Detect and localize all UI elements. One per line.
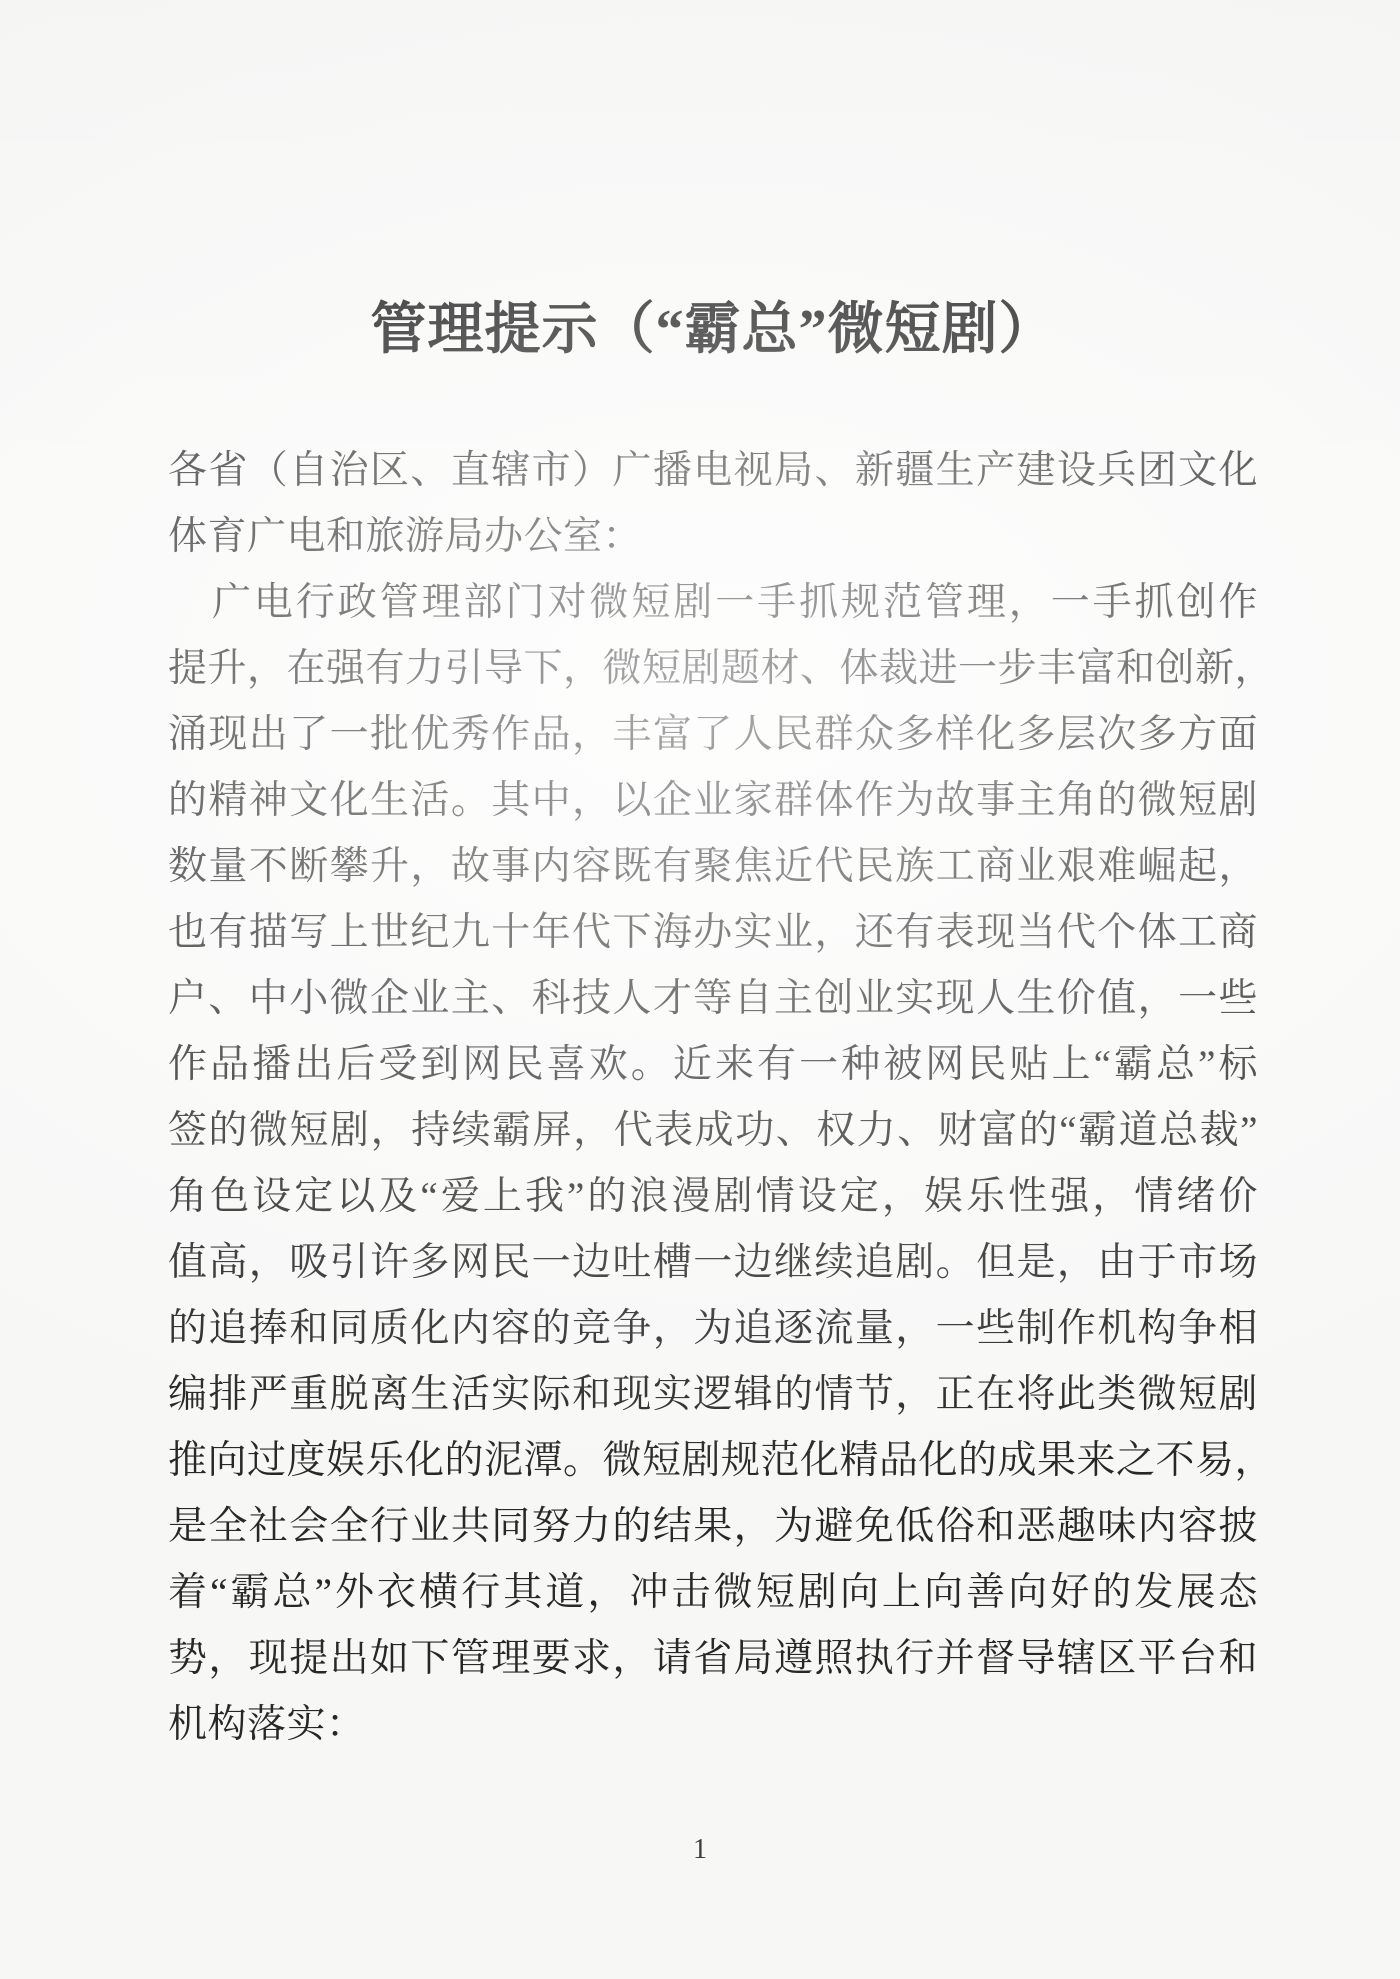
text-line: 的追捧和同质化内容的竞争，为追逐流量，一些制作机构争相 (168, 1296, 1258, 1362)
text-line: 作品播出后受到网民喜欢。近来有一种被网民贴上“霸总”标 (168, 1032, 1258, 1098)
text-line: 值高，吸引许多网民一边吐槽一边继续追剧。但是，由于市场 (168, 1230, 1258, 1296)
text-line: 推向过度娱乐化的泥潭。微短剧规范化精品化的成果来之不易， (168, 1428, 1258, 1494)
document-body: 各省（自治区、直辖市）广播电视局、新疆生产建设兵团文化体育广电和旅游局办公室：广… (168, 438, 1258, 1758)
text-line: 机构落实： (168, 1692, 1258, 1758)
text-line: 广电行政管理部门对微短剧一手抓规范管理，一手抓创作 (168, 570, 1258, 636)
text-line: 提升，在强有力引导下，微短剧题材、体裁进一步丰富和创新， (168, 636, 1258, 702)
text-line: 势，现提出如下管理要求，请省局遵照执行并督导辖区平台和 (168, 1626, 1258, 1692)
text-line: 涌现出了一批优秀作品，丰富了人民群众多样化多层次多方面 (168, 702, 1258, 768)
text-line: 着“霸总”外衣横行其道，冲击微短剧向上向善向好的发展态 (168, 1560, 1258, 1626)
text-line: 数量不断攀升，故事内容既有聚焦近代民族工商业艰难崛起， (168, 834, 1258, 900)
text-line: 编排严重脱离生活实际和现实逻辑的情节，正在将此类微短剧 (168, 1362, 1258, 1428)
text-line: 签的微短剧，持续霸屏，代表成功、权力、财富的“霸道总裁” (168, 1098, 1258, 1164)
page-number: 1 (0, 1834, 1400, 1866)
text-line: 是全社会全行业共同努力的结果，为避免低俗和恶趣味内容披 (168, 1494, 1258, 1560)
text-line: 户、中小微企业主、科技人才等自主创业实现人生价值，一些 (168, 966, 1258, 1032)
document-title: 管理提示（“霸总”微短剧） (168, 296, 1258, 364)
document-page: 管理提示（“霸总”微短剧） 各省（自治区、直辖市）广播电视局、新疆生产建设兵团文… (0, 0, 1400, 1979)
text-line: 也有描写上世纪九十年代下海办实业，还有表现当代个体工商 (168, 900, 1258, 966)
text-line: 角色设定以及“爱上我”的浪漫剧情设定，娱乐性强，情绪价 (168, 1164, 1258, 1230)
text-line: 各省（自治区、直辖市）广播电视局、新疆生产建设兵团文化 (168, 438, 1258, 504)
text-line: 体育广电和旅游局办公室： (168, 504, 1258, 570)
text-line: 的精神文化生活。其中，以企业家群体作为故事主角的微短剧 (168, 768, 1258, 834)
